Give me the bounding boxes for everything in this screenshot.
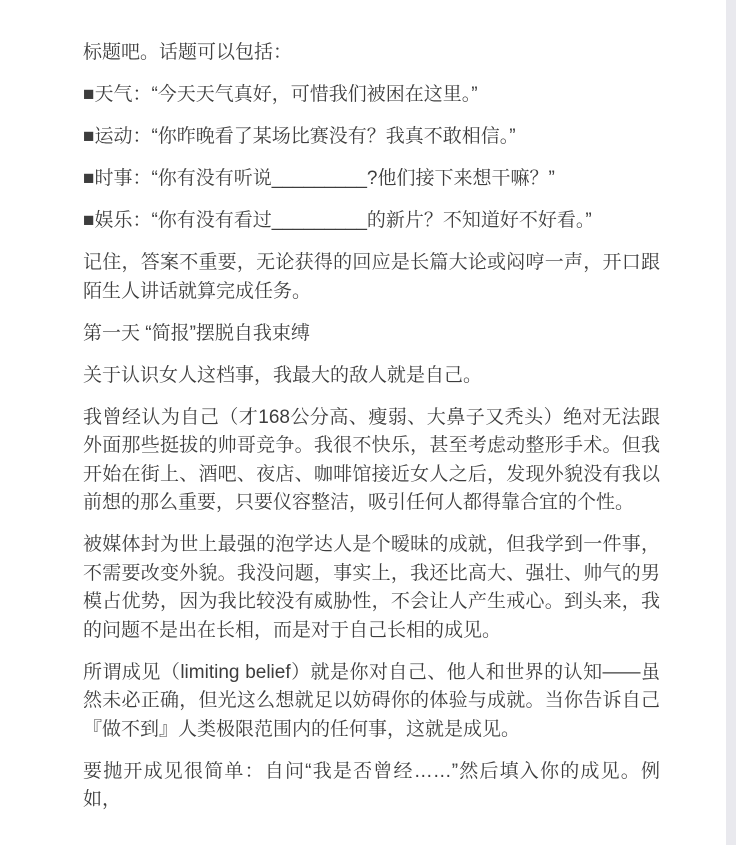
- paragraph-pickup-master: 被媒体封为世上最强的泡学达人是个暧昧的成就，但我学到一件事，不需要改变外貌。我没…: [83, 531, 660, 645]
- paragraph-topics-intro: 标题吧。话题可以包括：: [83, 39, 660, 68]
- scrollbar-track[interactable]: [726, 0, 736, 845]
- book-page: 标题吧。话题可以包括： ■天气：“今天天气真好，可惜我们被困在这里。” ■运动：…: [0, 0, 726, 845]
- paragraph-limiting-belief: 所谓成见（limiting belief）就是你对自己、他人和世界的认知——虽然…: [83, 659, 660, 745]
- paragraph-discard-belief: 要抛开成见很简单：自问“我是否曾经……”然后填入你的成见。例如，: [83, 758, 660, 815]
- heading-day-one: 第一天 “简报”摆脱自我束缚: [83, 320, 660, 349]
- topic-item-weather: ■天气：“今天天气真好，可惜我们被困在这里。”: [83, 81, 660, 110]
- page-text-column: 标题吧。话题可以包括： ■天气：“今天天气真好，可惜我们被困在这里。” ■运动：…: [83, 39, 660, 828]
- topic-item-entertainment: ■娱乐：“你有没有看过_________的新片？不知道好不好看。”: [83, 207, 660, 236]
- paragraph-biggest-enemy: 关于认识女人这档事，我最大的敌人就是自己。: [83, 362, 660, 391]
- topic-item-current-events: ■时事：“你有没有听说_________?他们接下来想干嘛？”: [83, 165, 660, 194]
- paragraph-appearance-story: 我曾经认为自己（才168公分高、瘦弱、大鼻子又秃头）绝对无法跟外面那些挺拔的帅哥…: [83, 404, 660, 518]
- paragraph-reminder: 记住，答案不重要，无论获得的回应是长篇大论或闷哼一声，开口跟陌生人讲话就算完成任…: [83, 249, 660, 306]
- topic-item-sports: ■运动：“你昨晚看了某场比赛没有？我真不敢相信。”: [83, 123, 660, 152]
